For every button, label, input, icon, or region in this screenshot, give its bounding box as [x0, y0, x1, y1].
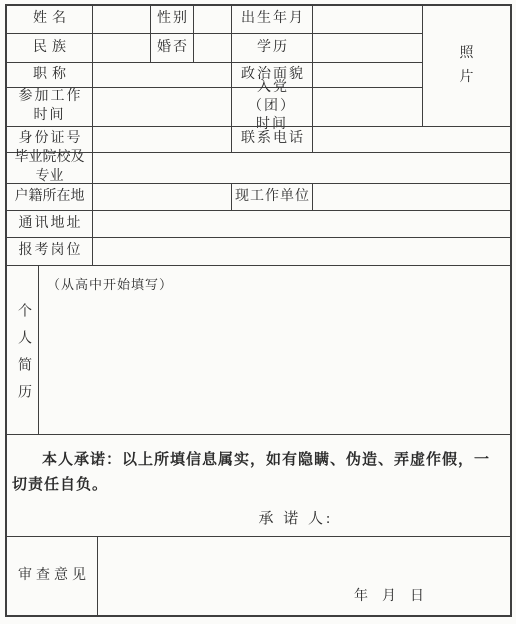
school-and-major-label: 毕业院校及 专业 — [6, 152, 93, 184]
gender-label: 性别 — [150, 5, 194, 34]
birth-date-label: 出生年月 — [231, 5, 313, 34]
resume-field[interactable] — [47, 294, 502, 426]
professional-title-label: 职称 — [6, 62, 93, 88]
work-start-time-label: 参加工作 时间 — [6, 87, 93, 127]
commitment-text: 本人承诺：以上所填信息属实，如有隐瞒、伪造、弄虚作假，一切责任自负。 — [12, 447, 500, 497]
registration-form: 姓名 性别 出生年月 照 片 民族 婚否 学历 职称 政治面貌 参加工作 时间 … — [0, 0, 516, 624]
mailing-address-label: 通讯地址 — [6, 210, 93, 238]
contact-phone-field[interactable] — [312, 126, 511, 153]
review-opinion-area: 年 月 日 — [97, 536, 511, 616]
review-opinion-label: 审查意见 — [6, 536, 98, 616]
resume-label: 个人简历 — [6, 265, 39, 435]
commitment-section: 本人承诺：以上所填信息属实，如有隐瞒、伪造、弄虚作假，一切责任自负。 承 诺 人… — [6, 434, 511, 537]
education-label: 学历 — [231, 33, 313, 63]
resume-area[interactable]: （从高中开始填写） — [38, 265, 511, 435]
current-employer-label: 现工作单位 — [231, 183, 313, 211]
photo-box[interactable]: 照 片 — [422, 5, 511, 127]
ethnicity-field[interactable] — [92, 33, 151, 63]
current-employer-field[interactable] — [312, 183, 511, 211]
ethnicity-label: 民族 — [6, 33, 93, 63]
party-join-time-label: 入党（团） 时间 — [231, 87, 313, 127]
applied-position-field[interactable] — [92, 237, 511, 266]
marital-status-field[interactable] — [193, 33, 232, 63]
gender-field[interactable] — [193, 5, 232, 34]
professional-title-field[interactable] — [92, 62, 232, 88]
household-location-label: 户籍所在地 — [6, 183, 93, 211]
school-and-major-field[interactable] — [92, 152, 511, 184]
contact-phone-label: 联系电话 — [231, 126, 313, 153]
resume-label-text: 个人简历 — [13, 303, 32, 411]
birth-date-field[interactable] — [312, 5, 423, 34]
political-status-field[interactable] — [312, 62, 423, 88]
mailing-address-field[interactable] — [92, 210, 511, 238]
review-opinion-field[interactable] — [98, 537, 510, 615]
party-join-time-field[interactable] — [312, 87, 423, 127]
marital-status-label: 婚否 — [150, 33, 194, 63]
date-line[interactable]: 年 月 日 — [354, 588, 424, 607]
applied-position-label: 报考岗位 — [6, 237, 93, 266]
education-field[interactable] — [312, 33, 423, 63]
signer-line[interactable]: 承 诺 人: — [259, 509, 334, 529]
name-label: 姓名 — [6, 5, 93, 34]
id-number-field[interactable] — [92, 126, 232, 153]
work-start-time-field[interactable] — [92, 87, 232, 127]
household-location-field[interactable] — [92, 183, 232, 211]
resume-hint: （从高中开始填写） — [47, 276, 173, 294]
name-field[interactable] — [92, 5, 151, 34]
